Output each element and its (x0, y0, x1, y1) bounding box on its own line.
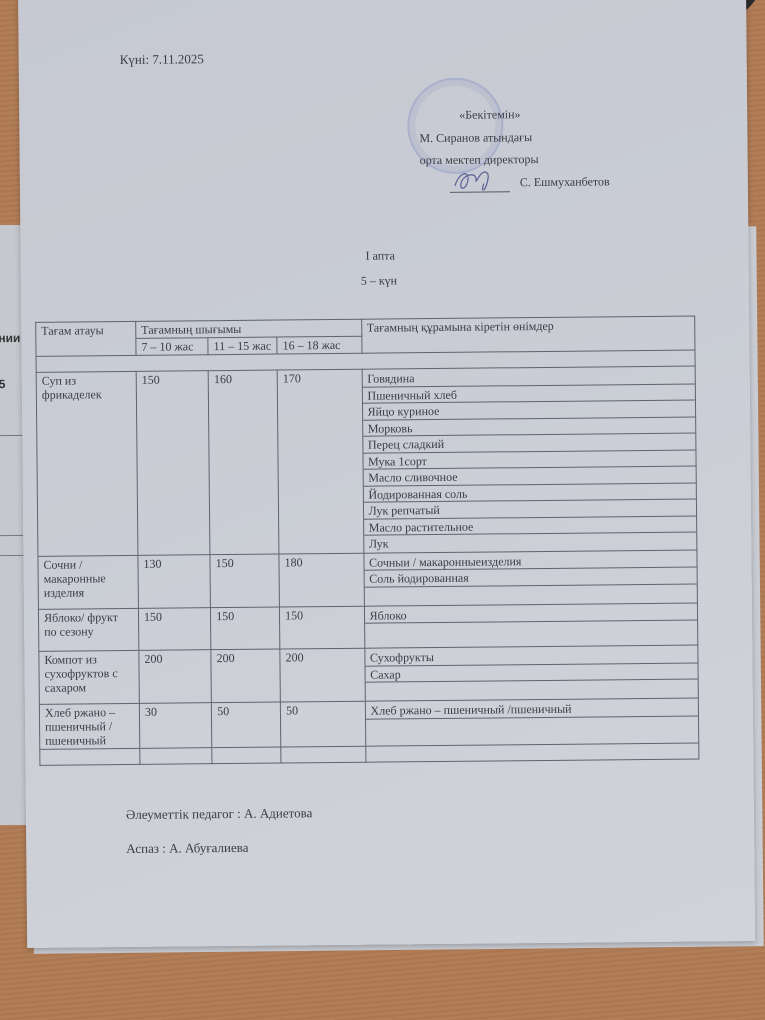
approval-title: «Бекітемін» (419, 102, 609, 126)
portion-value: 50 (280, 701, 365, 747)
dish-name: Яблоко/ фрукт по сезону (38, 608, 138, 651)
background-text-fragment: 5 (0, 377, 6, 391)
portion-value: 150 (136, 371, 210, 555)
header-age-group: 11 – 15 жас (208, 337, 277, 355)
portion-value: 200 (211, 649, 280, 703)
ingredient-item: Лук (364, 533, 697, 552)
header-dish-name: Тағам атауы (36, 321, 136, 356)
social-teacher-signature: Әлеуметтік педагог : А. Адиетова (126, 805, 313, 823)
header-age-group: 7 – 10 жас (136, 338, 208, 356)
dish-name: Суп из фрикаделек (36, 371, 138, 555)
ingredients-cell: Сочныи / макаронныеизделияСоль йодирован… (363, 550, 697, 606)
table-row: Хлеб ржано – пшеничный /пшеничный305050Х… (39, 698, 698, 749)
portion-value: 200 (139, 650, 212, 704)
portion-value: 50 (212, 702, 281, 748)
ingredients-cell: Яблоко (364, 603, 698, 649)
week-label: I апта (365, 248, 394, 263)
portion-value: 180 (279, 553, 364, 607)
table-row: Сочни / макаронные изделия130150180Сочны… (38, 550, 697, 609)
table-header-row: Тағам атауы Тағамның шығымы Тағамның құр… (36, 316, 695, 339)
table-row: Яблоко/ фрукт по сезону150150150Яблоко (38, 603, 697, 652)
signature-mark (450, 165, 510, 193)
approval-position: орта мектеп директоры (420, 147, 610, 171)
dish-name: Хлеб ржано – пшеничный /пшеничный (39, 703, 139, 749)
approval-director: С. Ешмуханбетов (420, 170, 610, 194)
date-line: Күні: 7.11.2025 (120, 51, 204, 68)
portion-value: 150 (211, 607, 280, 650)
background-text-fragment: нии (0, 331, 20, 345)
approval-block: «Бекітемін» М. Сиранов атындағы орта мек… (419, 102, 610, 194)
director-name: С. Ешмуханбетов (520, 174, 610, 189)
portion-value: 150 (210, 554, 279, 608)
portion-value: 30 (139, 703, 212, 749)
portion-value: 150 (280, 606, 365, 649)
menu-table: Тағам атауы Тағамның шығымы Тағамның құр… (35, 316, 699, 766)
header-portion: Тағамның шығымы (136, 319, 362, 338)
dish-name: Сочни / макаронные изделия (38, 555, 139, 609)
portion-value: 150 (138, 607, 211, 650)
cook-signature: Аспаз : А. Абуғалиева (126, 840, 248, 857)
portion-value: 160 (208, 370, 279, 554)
portion-value: 200 (280, 648, 365, 702)
portion-value: 170 (277, 369, 363, 553)
day-label: 5 – күн (361, 273, 397, 288)
approval-school: М. Сиранов атындағы (419, 125, 609, 149)
dish-name: Компот из сухофруктов с сахаром (39, 650, 140, 704)
ingredients-cell: ГовядинаПшеничный хлебЯйцо куриноеМорков… (362, 366, 697, 553)
ingredients-cell: Хлеб ржано – пшеничный /пшеничный (365, 698, 699, 746)
ingredients-cell: СухофруктыСахар (364, 645, 698, 701)
portion-value: 130 (138, 554, 211, 608)
header-ingredients: Тағамның құрамына кіретін өнімдер (361, 316, 695, 353)
table-row: Суп из фрикаделек150160170ГовядинаПшенич… (36, 366, 697, 556)
header-age-group: 16 – 18 жас (277, 336, 362, 354)
menu-document: Күні: 7.11.2025 «Бекітемін» М. Сиранов а… (18, 0, 755, 948)
table-row: Компот из сухофруктов с сахаром200200200… (39, 645, 698, 704)
